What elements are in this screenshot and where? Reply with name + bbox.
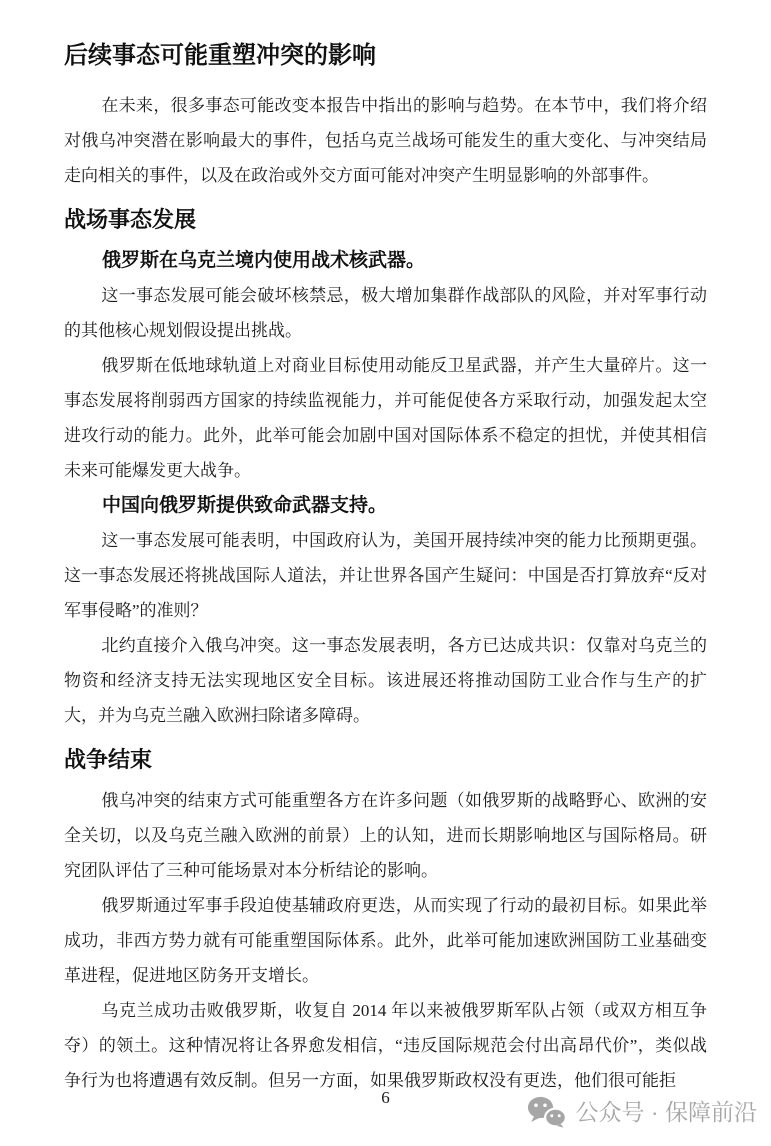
page-title: 后续事态可能重塑冲突的影响 (64, 40, 707, 72)
paragraph: 这一事态发展可能表明，中国政府认为，美国开展持续冲突的能力比预期更强。这一事态发… (64, 523, 707, 628)
paragraph: 乌克兰成功击败俄罗斯，收复自 2014 年以来被俄罗斯军队占领（或双方相互争夺）… (64, 993, 707, 1098)
document-page: 后续事态可能重塑冲突的影响 在未来，很多事态可能改变本报告中指出的影响与趋势。在… (0, 0, 771, 1146)
paragraph-lead-russia-tactical-nuke: 俄罗斯在乌克兰境内使用战术核武器。 (64, 243, 707, 278)
paragraph: 这一事态发展可能会破坏核禁忌，极大增加集群作战部队的风险，并对军事行动的其他核心… (64, 278, 707, 348)
document-body: 后续事态可能重塑冲突的影响 在未来，很多事态可能改变本报告中指出的影响与趋势。在… (64, 40, 707, 1098)
wechat-icon (527, 1096, 567, 1128)
paragraph: 俄罗斯通过军事手段迫使基辅政府更迭，从而实现了行动的最初目标。如果此举成功，非西… (64, 888, 707, 993)
paragraph: 北约直接介入俄乌冲突。这一事态发展表明，各方已达成共识：仅靠对乌克兰的物资和经济… (64, 628, 707, 733)
paragraph-lead-china-lethal-aid: 中国向俄罗斯提供致命武器支持。 (64, 488, 707, 523)
section-heading-war-end: 战争结束 (64, 746, 707, 774)
watermark-label: 公众号 · 保障前沿 (576, 1097, 757, 1127)
intro-paragraph: 在未来，很多事态可能改变本报告中指出的影响与趋势。在本节中，我们将介绍对俄乌冲突… (64, 88, 707, 193)
paragraph: 俄乌冲突的结束方式可能重塑各方在许多问题（如俄罗斯的战略野心、欧洲的安全关切，以… (64, 783, 707, 888)
watermark: 公众号 · 保障前沿 (527, 1096, 757, 1128)
section-heading-battlefield-developments: 战场事态发展 (64, 206, 707, 234)
paragraph: 俄罗斯在低地球轨道上对商业目标使用动能反卫星武器，并产生大量碎片。这一事态发展将… (64, 348, 707, 488)
